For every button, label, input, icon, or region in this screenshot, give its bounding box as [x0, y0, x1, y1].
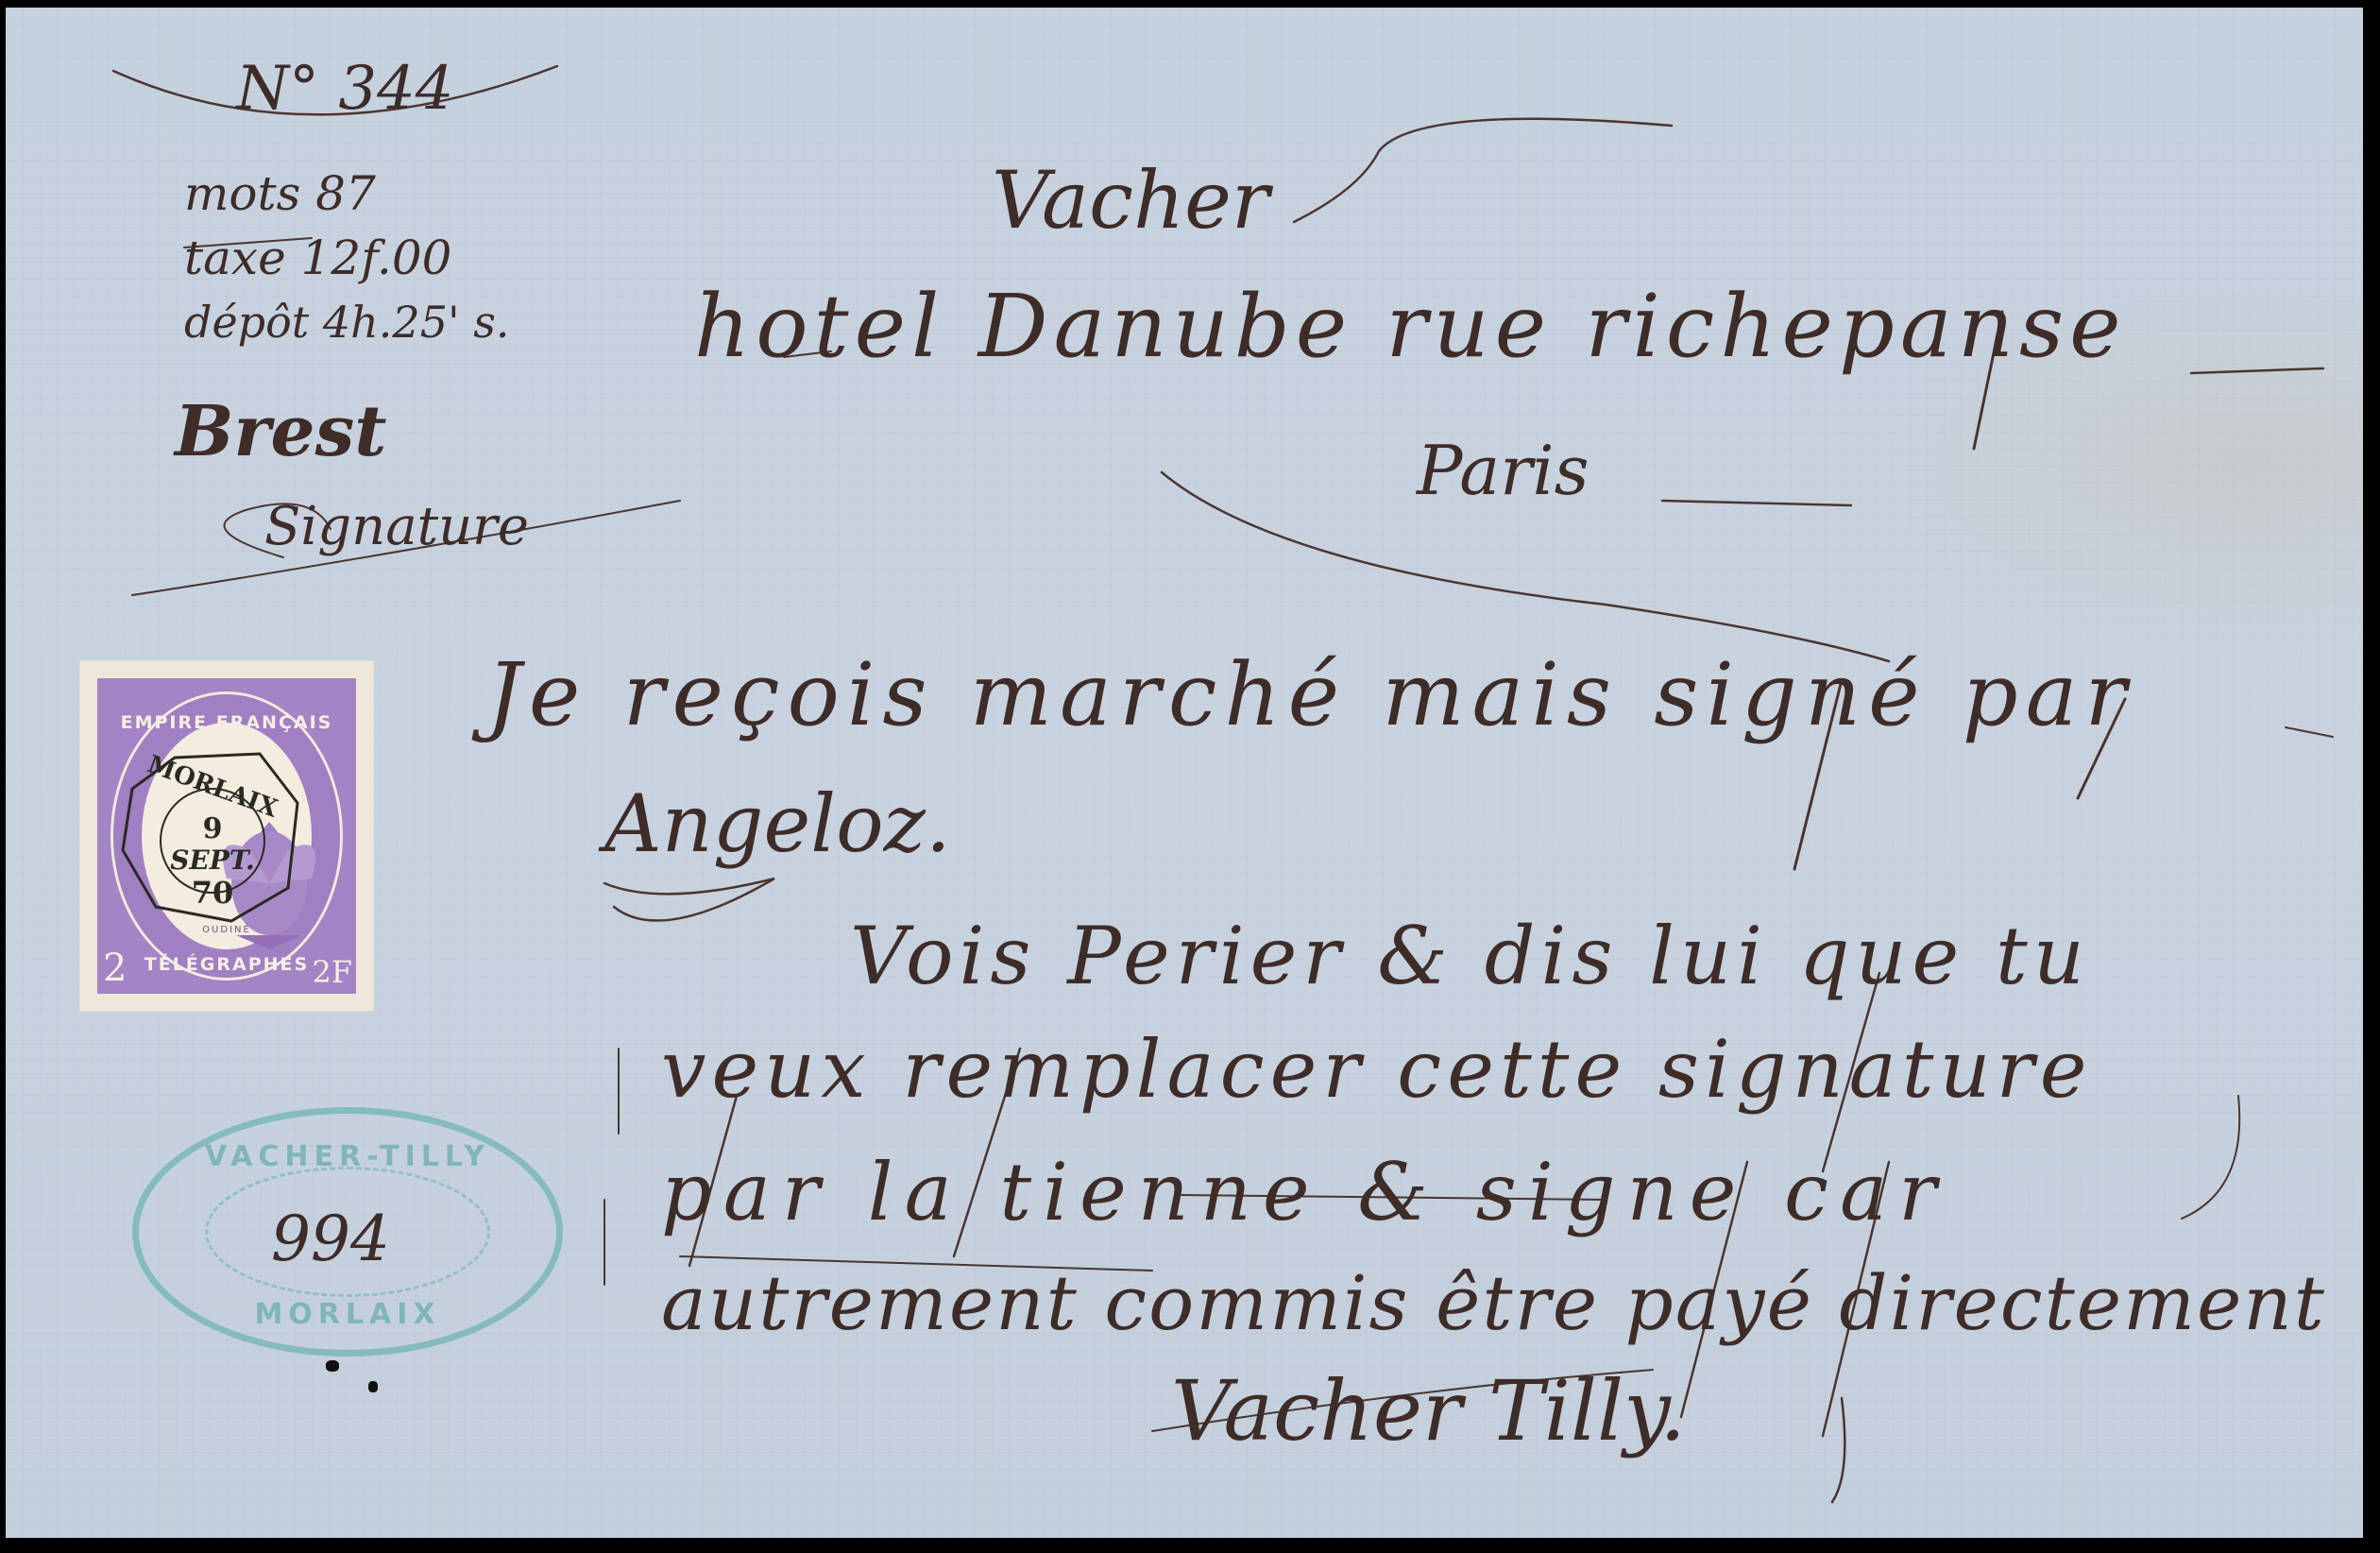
message-line: par la tienne & signe car [661, 1152, 1947, 1232]
word-count: mots 87 [184, 170, 376, 217]
telegraph-stamp: EMPIRE FRANÇAIS TÉLÉGRAPHES 2 2F OUDINÉ … [80, 661, 373, 1011]
stamp-top-text: EMPIRE FRANÇAIS [97, 712, 356, 733]
oval-cachet-bottom-text: MORLAIX [139, 1298, 556, 1331]
ink-blot [326, 1360, 339, 1372]
postmark-day: 9 [118, 812, 307, 845]
tax-amount: taxe 12f.00 [184, 234, 451, 282]
ink-blot [368, 1381, 378, 1392]
deposit-time: dépôt 4h.25' s. [184, 300, 509, 344]
recipient-street: hotel Danube rue richepanse [694, 283, 2127, 370]
oval-cachet-top-text: VACHER-TILLY [139, 1140, 556, 1173]
postmark-year: 70 [118, 875, 307, 911]
sender-signature: Vacher Tilly. [1171, 1370, 1686, 1453]
stamp-value-left: 2 [103, 947, 127, 990]
oval-cachet: VACHER-TILLY MORLAIX 994 [132, 1107, 563, 1357]
clerk-signature: Signature [264, 501, 529, 554]
stamp-value-right: 2F [312, 954, 352, 990]
postmark-month: SEPT. [118, 845, 307, 876]
message-line: autrement commis être payé directement [661, 1266, 2326, 1341]
message-line: veux remplacer cette signature [661, 1030, 2093, 1109]
cachet-number: 994 [271, 1208, 390, 1271]
message-line: Vois Perier & dis lui que tu [850, 916, 2090, 996]
stamp-engraver: OUDINÉ [97, 925, 356, 935]
recipient-city: Paris [1417, 436, 1589, 504]
origin-office: Brest [175, 397, 386, 467]
telegram-number: N° 344 [236, 59, 454, 119]
recipient-name: Vacher [992, 161, 1269, 240]
message-line: Je reçois marché mais signé par [486, 652, 2133, 739]
postmark: MORLAIX 9 SEPT. 70 [118, 746, 307, 926]
message-line: Angeloz. [604, 784, 951, 863]
